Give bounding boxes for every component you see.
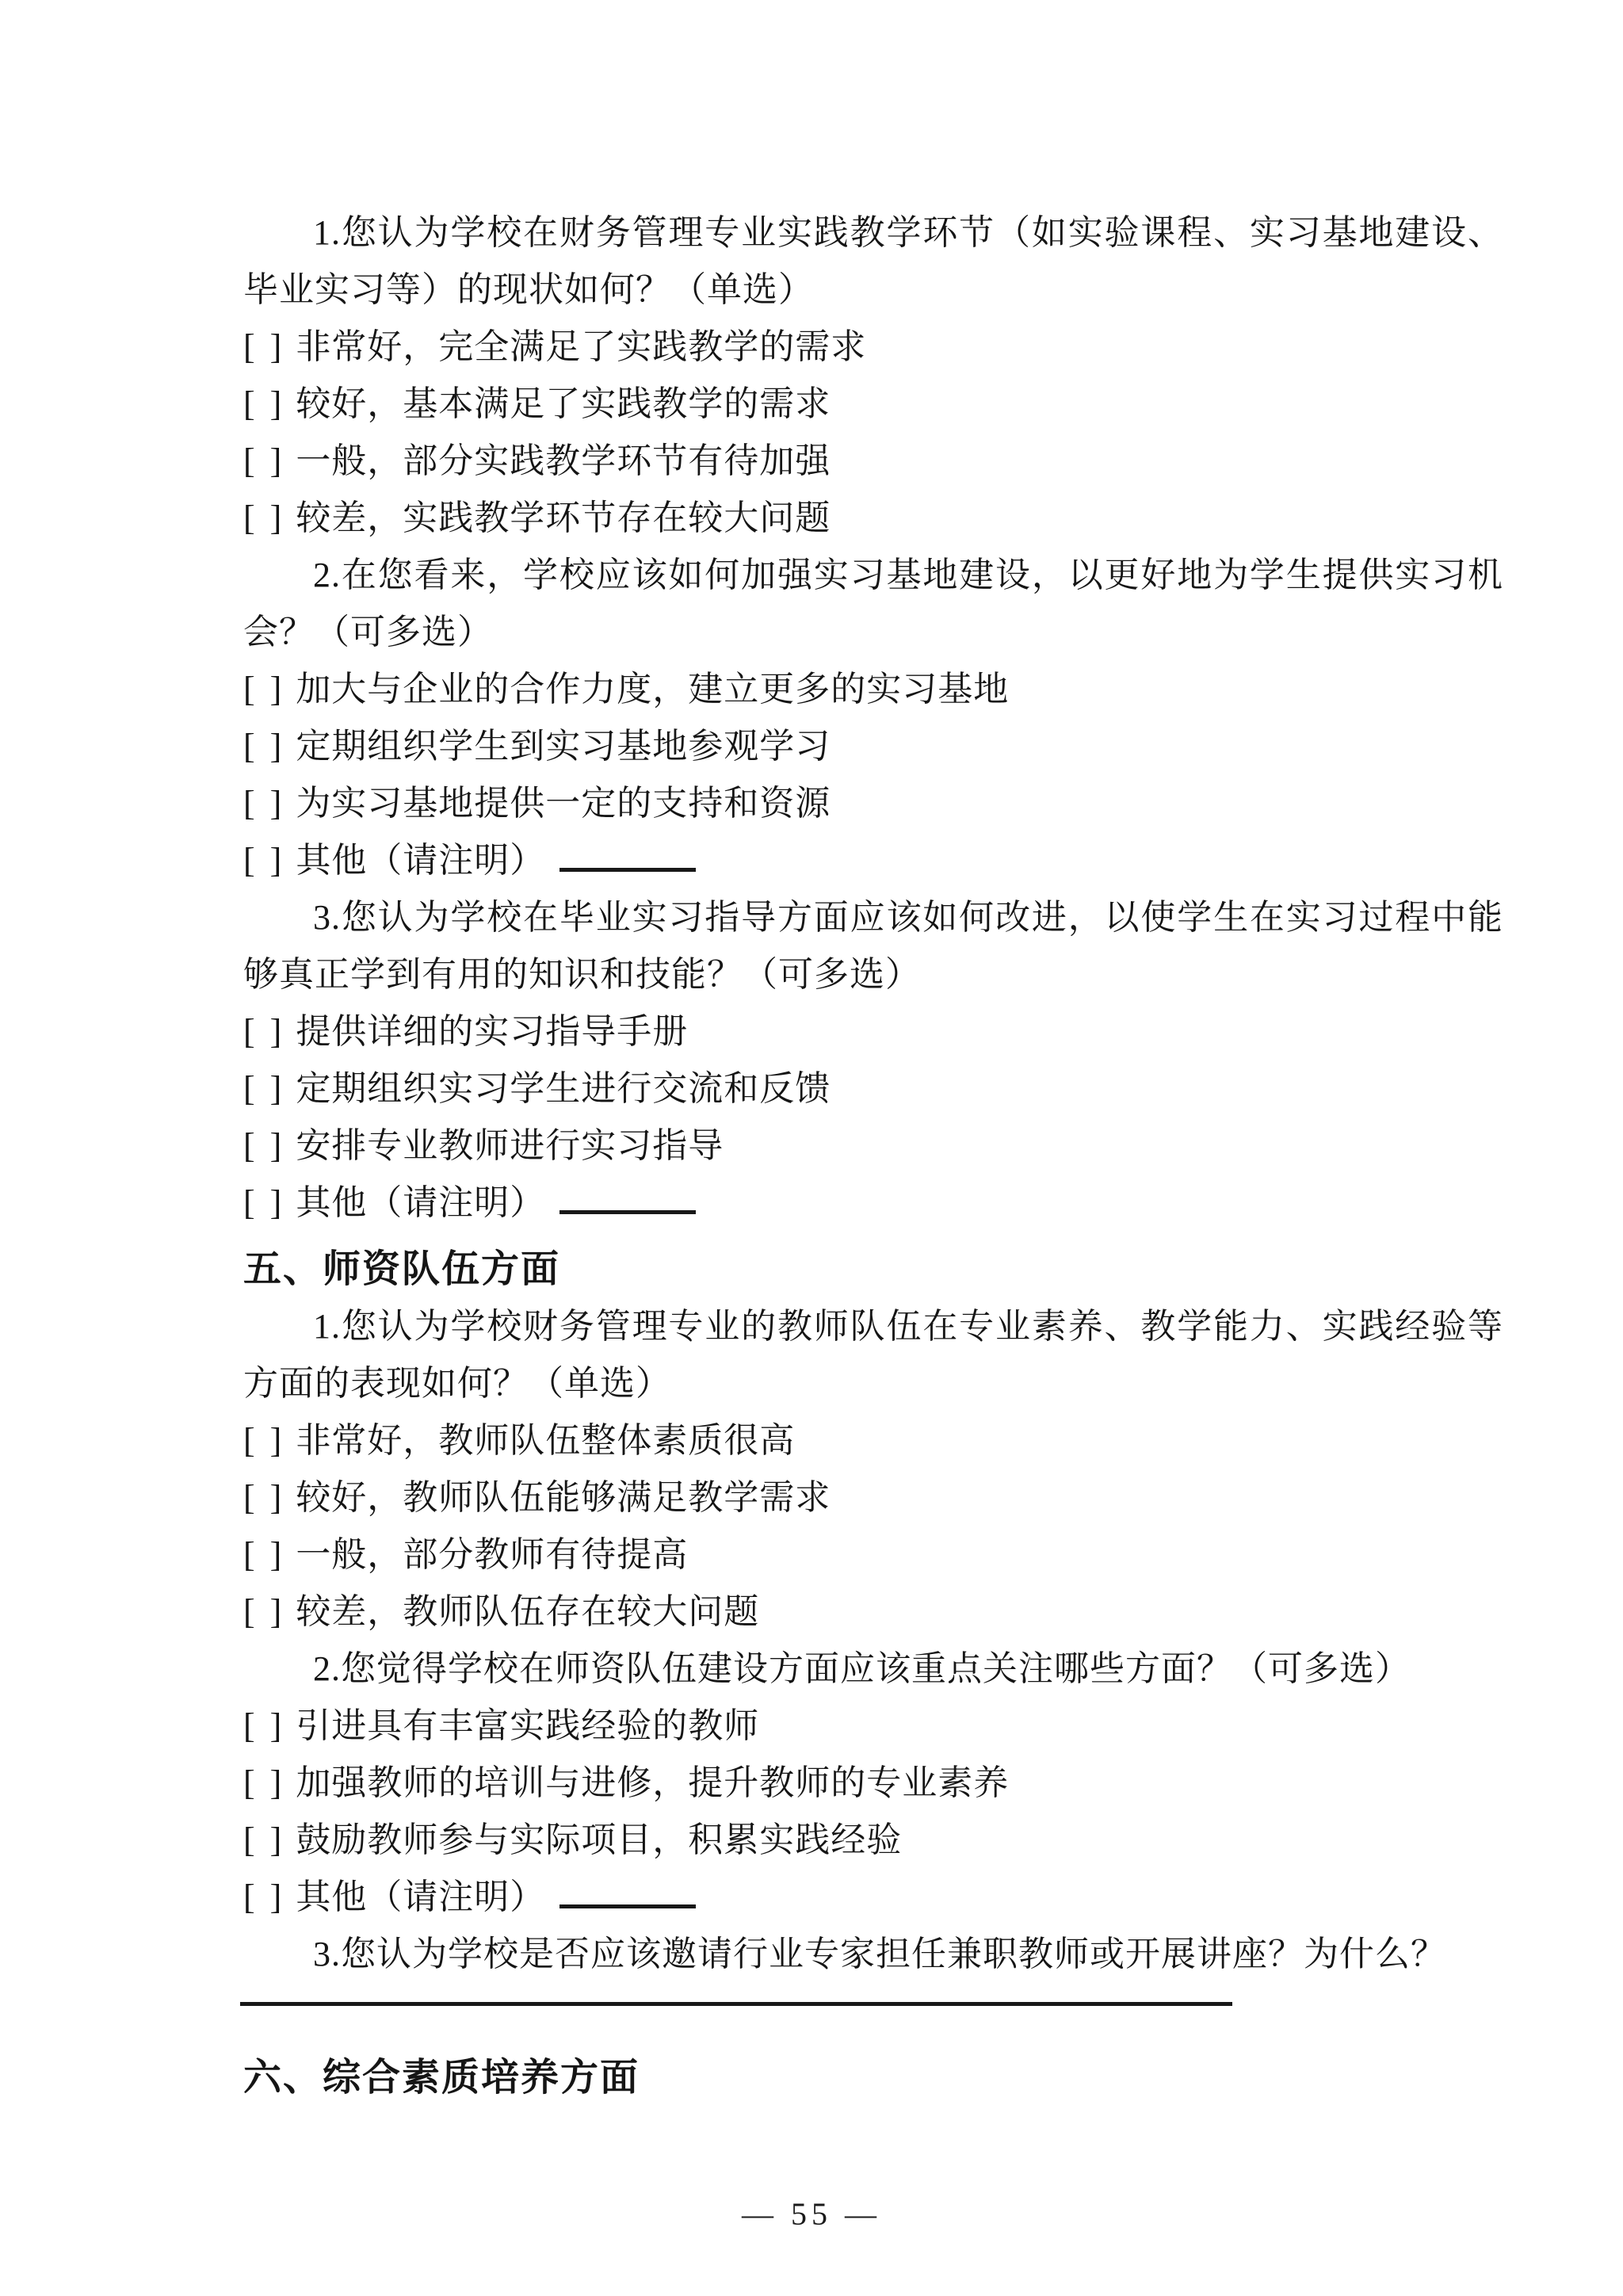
- option-label: 其他（请注明）: [296, 1183, 545, 1222]
- option-row[interactable]: [ ]较差，教师队伍存在较大问题: [243, 1584, 1503, 1641]
- checkbox-marker[interactable]: [ ]: [243, 784, 285, 823]
- checkbox-marker[interactable]: [ ]: [243, 1878, 285, 1916]
- answer-underline[interactable]: [240, 1983, 1232, 2006]
- option-row[interactable]: [ ]其他（请注明）: [243, 1869, 1503, 1926]
- option-label: 定期组织实习学生进行交流和反馈: [296, 1069, 831, 1108]
- checkbox-marker[interactable]: [ ]: [243, 327, 285, 366]
- section-heading: 五、师资队伍方面: [243, 1241, 1503, 1298]
- checkbox-marker[interactable]: [ ]: [243, 1592, 285, 1631]
- checkbox-marker[interactable]: [ ]: [243, 1763, 285, 1802]
- option-label: 提供详细的实习指导手册: [296, 1012, 688, 1051]
- option-label: 定期组织学生到实习基地参观学习: [296, 727, 831, 766]
- checkbox-marker[interactable]: [ ]: [243, 1183, 285, 1222]
- option-row[interactable]: [ ]加强教师的培训与进修，提升教师的专业素养: [243, 1755, 1503, 1812]
- checkbox-marker[interactable]: [ ]: [243, 1478, 285, 1517]
- option-row[interactable]: [ ]为实习基地提供一定的支持和资源: [243, 775, 1503, 832]
- option-row[interactable]: [ ]引进具有丰富实践经验的教师: [243, 1698, 1503, 1755]
- other-blank-line[interactable]: [559, 1205, 696, 1214]
- question-text: 2.您觉得学校在师资队伍建设方面应该重点关注哪些方面？（可多选）: [243, 1641, 1503, 1698]
- checkbox-marker[interactable]: [ ]: [243, 727, 285, 766]
- option-label: 引进具有丰富实践经验的教师: [296, 1706, 759, 1745]
- checkbox-marker[interactable]: [ ]: [243, 841, 285, 880]
- option-label: 一般，部分实践教学环节有待加强: [296, 441, 831, 480]
- option-label: 加大与企业的合作力度，建立更多的实习基地: [296, 670, 1009, 709]
- answer-line-row: [243, 1983, 1503, 2040]
- option-label: 非常好，完全满足了实践教学的需求: [296, 327, 866, 366]
- option-label: 其他（请注明）: [296, 841, 545, 880]
- page-number: — 55 —: [0, 2189, 1623, 2240]
- checkbox-marker[interactable]: [ ]: [243, 670, 285, 709]
- question-text: 1.您认为学校财务管理专业的教师队伍在专业素养、教学能力、实践经验等方面的表现如…: [243, 1298, 1503, 1412]
- checkbox-marker[interactable]: [ ]: [243, 1126, 285, 1165]
- option-row[interactable]: [ ]其他（请注明）: [243, 1175, 1503, 1232]
- option-row[interactable]: [ ]较好，教师队伍能够满足教学需求: [243, 1469, 1503, 1526]
- option-label: 较好，教师队伍能够满足教学需求: [296, 1478, 831, 1517]
- option-row[interactable]: [ ]提供详细的实习指导手册: [243, 1003, 1503, 1060]
- option-label: 安排专业教师进行实习指导: [296, 1126, 724, 1165]
- checkbox-marker[interactable]: [ ]: [243, 499, 285, 537]
- option-label: 非常好，教师队伍整体素质很高: [296, 1421, 795, 1460]
- question-text: 1.您认为学校在财务管理专业实践教学环节（如实验课程、实习基地建设、毕业实习等）…: [243, 204, 1503, 319]
- option-row[interactable]: [ ]较差，实践教学环节存在较大问题: [243, 490, 1503, 547]
- option-row[interactable]: [ ]一般，部分实践教学环节有待加强: [243, 433, 1503, 490]
- checkbox-marker[interactable]: [ ]: [243, 1069, 285, 1108]
- option-label: 鼓励教师参与实际项目，积累实践经验: [296, 1820, 902, 1859]
- checkbox-marker[interactable]: [ ]: [243, 1820, 285, 1859]
- checkbox-marker[interactable]: [ ]: [243, 1421, 285, 1460]
- option-row[interactable]: [ ]定期组织实习学生进行交流和反馈: [243, 1060, 1503, 1117]
- checkbox-marker[interactable]: [ ]: [243, 1706, 285, 1745]
- checkbox-marker[interactable]: [ ]: [243, 441, 285, 480]
- checkbox-marker[interactable]: [ ]: [243, 384, 285, 423]
- option-row[interactable]: [ ]安排专业教师进行实习指导: [243, 1117, 1503, 1175]
- option-label: 一般，部分教师有待提高: [296, 1535, 688, 1574]
- option-row[interactable]: [ ]定期组织学生到实习基地参观学习: [243, 718, 1503, 775]
- question-text: 3.您认为学校是否应该邀请行业专家担任兼职教师或开展讲座？为什么？: [243, 1926, 1503, 1983]
- option-label: 加强教师的培训与进修，提升教师的专业素养: [296, 1763, 1009, 1802]
- option-label: 较差，教师队伍存在较大问题: [296, 1592, 759, 1631]
- other-blank-line[interactable]: [559, 1900, 696, 1908]
- option-label: 较差，实践教学环节存在较大问题: [296, 499, 831, 537]
- option-row[interactable]: [ ]非常好，教师队伍整体素质很高: [243, 1412, 1503, 1469]
- document-body: 1.您认为学校在财务管理专业实践教学环节（如实验课程、实习基地建设、毕业实习等）…: [243, 204, 1503, 2107]
- question-text: 2.在您看来，学校应该如何加强实习基地建设，以更好地为学生提供实习机会？（可多选…: [243, 547, 1503, 661]
- question-text: 3.您认为学校在毕业实习指导方面应该如何改进，以使学生在实习过程中能够真正学到有…: [243, 889, 1503, 1003]
- option-label: 为实习基地提供一定的支持和资源: [296, 784, 831, 823]
- checkbox-marker[interactable]: [ ]: [243, 1535, 285, 1574]
- option-row[interactable]: [ ]鼓励教师参与实际项目，积累实践经验: [243, 1812, 1503, 1869]
- option-label: 其他（请注明）: [296, 1878, 545, 1916]
- other-blank-line[interactable]: [559, 863, 696, 872]
- option-row[interactable]: [ ]其他（请注明）: [243, 832, 1503, 889]
- option-label: 较好，基本满足了实践教学的需求: [296, 384, 831, 423]
- section-heading: 六、综合素质培养方面: [243, 2050, 1503, 2107]
- checkbox-marker[interactable]: [ ]: [243, 1012, 285, 1051]
- option-row[interactable]: [ ]非常好，完全满足了实践教学的需求: [243, 319, 1503, 376]
- option-row[interactable]: [ ]一般，部分教师有待提高: [243, 1526, 1503, 1584]
- option-row[interactable]: [ ]较好，基本满足了实践教学的需求: [243, 376, 1503, 433]
- option-row[interactable]: [ ]加大与企业的合作力度，建立更多的实习基地: [243, 661, 1503, 718]
